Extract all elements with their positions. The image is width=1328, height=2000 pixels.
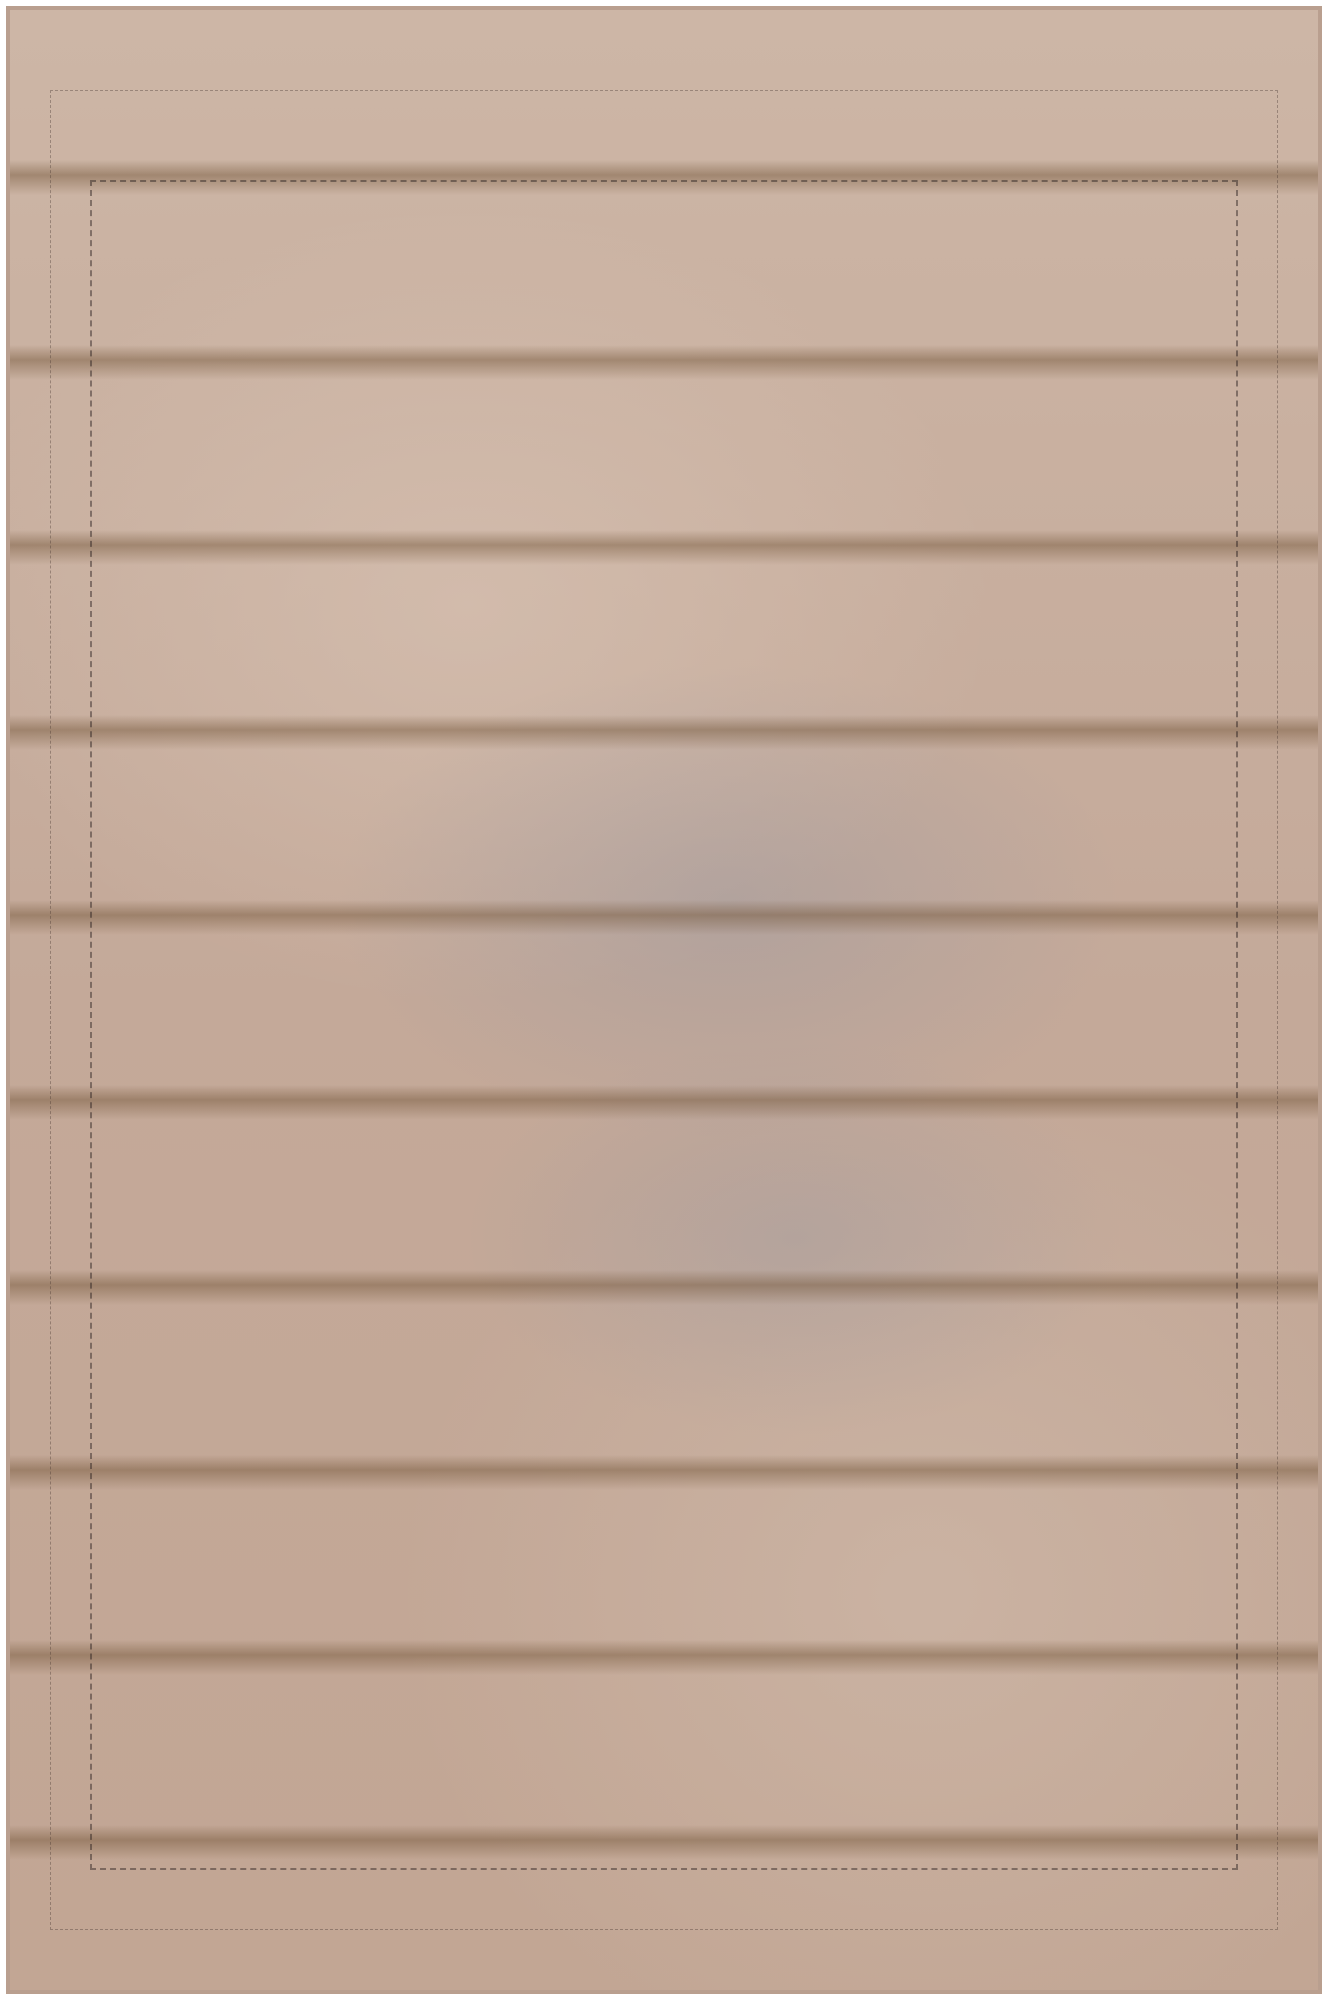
rug-photo: distressed vintage-style area rug, beige…: [6, 6, 1322, 1994]
rug-inner-border: [90, 180, 1238, 1870]
